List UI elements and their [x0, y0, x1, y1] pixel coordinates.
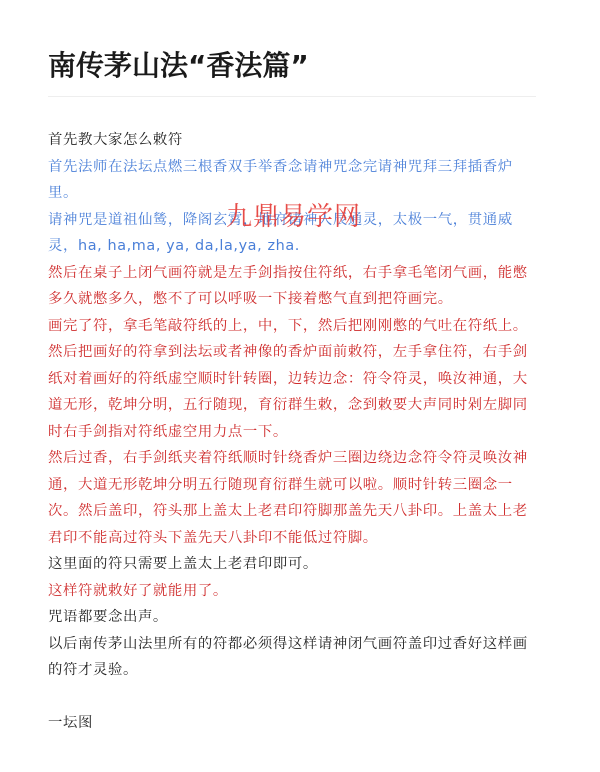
paragraph-tap-talisman: 画完了符，拿毛笔敲符纸的上，中，下，然后把刚刚憋的气吐在符纸上。 — [48, 313, 536, 340]
spacer — [48, 684, 536, 710]
paragraph-intro: 首先教大家怎么敕符 — [48, 127, 536, 154]
article: 南传茅山法“香法篇” 首先教大家怎么敕符 首先法师在法坛点燃三根香双手举香念请神… — [48, 40, 536, 736]
paragraph-draw-talisman: 然后在桌子上闭气画符就是左手剑指按住符纸，右手拿毛笔闭气画，能憋多久就憋多久，憋… — [48, 260, 536, 313]
section-heading: 一坛图 — [48, 710, 536, 737]
paragraph-rule: 以后南传茅山法里所有的符都必须得这样请神闭气画符盖印过香好这样画的符才灵验。 — [48, 631, 536, 684]
paragraph-speak-aloud: 咒语都要念出声。 — [48, 604, 536, 631]
watermark: 九鼎易学网 — [226, 196, 361, 233]
page-title: 南传茅山法“香法篇” — [48, 40, 536, 97]
paragraph-incense-and-seal: 然后过香，右手剑纸夹着符纸顺时针绕香炉三圈边绕边念符令符灵唤汝神通，大道无形乾坤… — [48, 445, 536, 551]
paragraph-consecrate: 然后把画好的符拿到法坛或者神像的香炉面前敕符，左手拿住符，右手剑纸对着画好的符纸… — [48, 339, 536, 445]
paragraph-seal-note: 这里面的符只需要上盖太上老君印即可。 — [48, 551, 536, 578]
paragraph-ready: 这样符就敕好了就能用了。 — [48, 578, 536, 605]
